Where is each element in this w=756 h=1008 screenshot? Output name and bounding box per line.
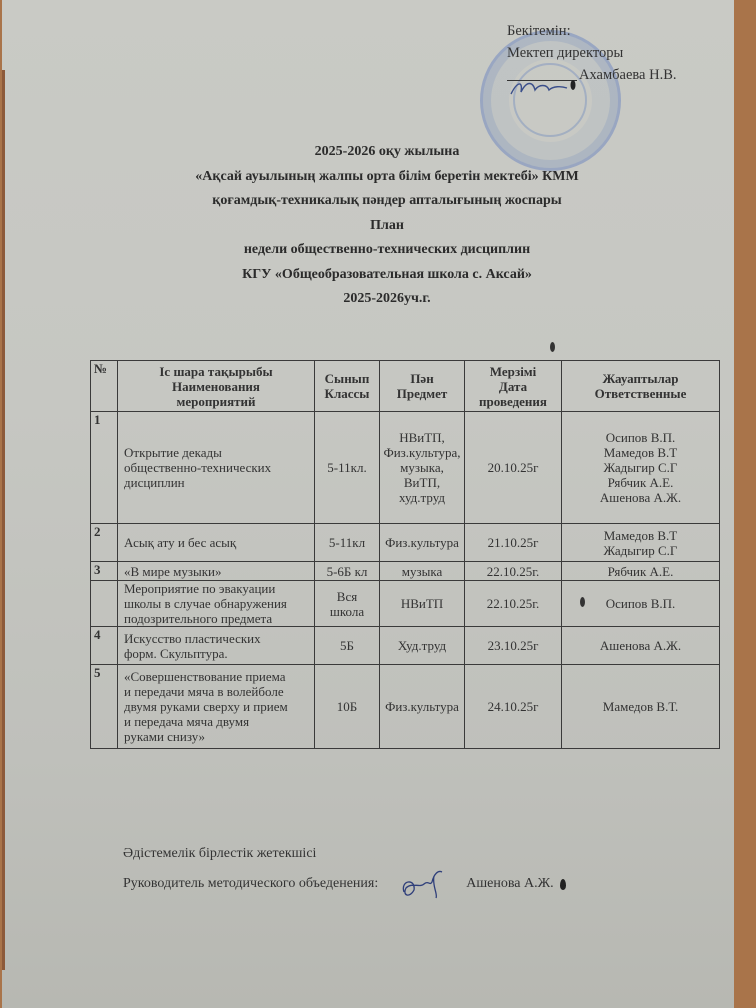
event-name: Открытие декады общественно-технических … [118, 412, 315, 524]
subject-cell: НВиТП, Физ.культура, музыка, ВиТП, худ.т… [380, 412, 465, 524]
header-class: Сынып Классы [315, 361, 380, 412]
title-week-ru: недели общественно-технических дисциплин [152, 238, 622, 263]
title-plan-ru: План [152, 214, 622, 239]
head-name: Ашенова А.Ж. [466, 872, 553, 896]
director-name: Ахамбаева Н.В. [579, 67, 677, 83]
subject-cell: Физ.культура [380, 665, 465, 749]
header-subject: Пән Предмет [380, 361, 465, 412]
row-number [91, 581, 118, 627]
row-number: 3 [91, 562, 118, 581]
date-cell: 20.10.25г [465, 412, 562, 524]
paper-edge [2, 70, 5, 970]
title-school-kz: «Ақсай ауылының жалпы орта білім беретін… [152, 165, 622, 190]
events-table: № Іс шара тақырыбы Наименования мероприя… [90, 360, 720, 749]
row-number: 1 [91, 412, 118, 524]
table-row: Мероприятие по эвакуации школы в случае … [91, 581, 720, 627]
subject-cell: НВиТП [380, 581, 465, 627]
class-cell: 5-11кл. [315, 412, 380, 524]
document-page: Бекітемін: Мектеп директоры Ахамбаева Н.… [2, 0, 734, 1008]
table-row: 4Искусство пластических форм. Скульптура… [91, 627, 720, 665]
responsible-cell: Мамедов В.Т. [562, 665, 720, 749]
class-cell: Вся школа [315, 581, 380, 627]
date-cell: 22.10.25г. [465, 581, 562, 627]
class-cell: 5Б [315, 627, 380, 665]
event-name: Асық ату и бес асық [118, 524, 315, 562]
head-signature [398, 866, 448, 902]
class-cell: 5-6Б кл [315, 562, 380, 581]
date-cell: 21.10.25г [465, 524, 562, 562]
header-event: Іс шара тақырыбы Наименования мероприяти… [118, 361, 315, 412]
table-row: 1Открытие декады общественно-технических… [91, 412, 720, 524]
row-number: 2 [91, 524, 118, 562]
subject-cell: музыка [380, 562, 465, 581]
title-plan-kz: қоғамдық-техникалық пәндер апталығының ж… [152, 189, 622, 214]
class-cell: 10Б [315, 665, 380, 749]
event-name: «Совершенствование приема и передачи мяч… [118, 665, 315, 749]
ink-mark [580, 597, 585, 607]
footer-position-ru: Руководитель методического объеденения: [123, 872, 378, 896]
event-name: «В мире музыки» [118, 562, 315, 581]
row-number: 5 [91, 665, 118, 749]
ink-mark [550, 342, 555, 352]
ink-mark [560, 879, 566, 890]
title-academic-year-kz: 2025-2026 оқу жылына [152, 140, 622, 165]
header-responsible: Жауаптылар Ответственные [562, 361, 720, 412]
date-cell: 24.10.25г [465, 665, 562, 749]
subject-cell: Худ.труд [380, 627, 465, 665]
responsible-cell: Мамедов В.Т Жадыгир С.Г [562, 524, 720, 562]
class-cell: 5-11кл [315, 524, 380, 562]
table-row: 2Асық ату и бес асық5-11клФиз.культура21… [91, 524, 720, 562]
responsible-cell: Осипов В.П. Мамедов В.Т Жадыгир С.Г Рябч… [562, 412, 720, 524]
subject-cell: Физ.культура [380, 524, 465, 562]
table-row: 5«Совершенствование приема и передачи мя… [91, 665, 720, 749]
title-academic-year-ru: 2025-2026уч.г. [152, 287, 622, 312]
event-name: Искусство пластических форм. Скульптура. [118, 627, 315, 665]
date-cell: 23.10.25г [465, 627, 562, 665]
title-school-ru: КГУ «Общеобразовательная школа с. Аксай» [152, 263, 622, 288]
responsible-cell: Ашенова А.Ж. [562, 627, 720, 665]
footer-position-kz: Әдістемелік бірлестік жетекшісі [123, 842, 566, 866]
header-date: Мерзімі Дата проведения [465, 361, 562, 412]
table-header-row: № Іс шара тақырыбы Наименования мероприя… [91, 361, 720, 412]
responsible-cell: Рябчик А.Е. [562, 562, 720, 581]
header-number: № [91, 361, 118, 412]
footer-signature-block: Әдістемелік бірлестік жетекшісі Руководи… [123, 842, 566, 902]
responsible-cell: Осипов В.П. [562, 581, 720, 627]
event-name: Мероприятие по эвакуации школы в случае … [118, 581, 315, 627]
table-row: 3«В мире музыки»5-6Б клмузыка22.10.25г.Р… [91, 562, 720, 581]
approval-label: Бекітемін: [507, 20, 677, 42]
row-number: 4 [91, 627, 118, 665]
document-title: 2025-2026 оқу жылына «Ақсай ауылының жал… [152, 140, 622, 312]
date-cell: 22.10.25г. [465, 562, 562, 581]
director-signature-scribble [507, 76, 577, 98]
approval-position: Мектеп директоры [507, 42, 677, 64]
